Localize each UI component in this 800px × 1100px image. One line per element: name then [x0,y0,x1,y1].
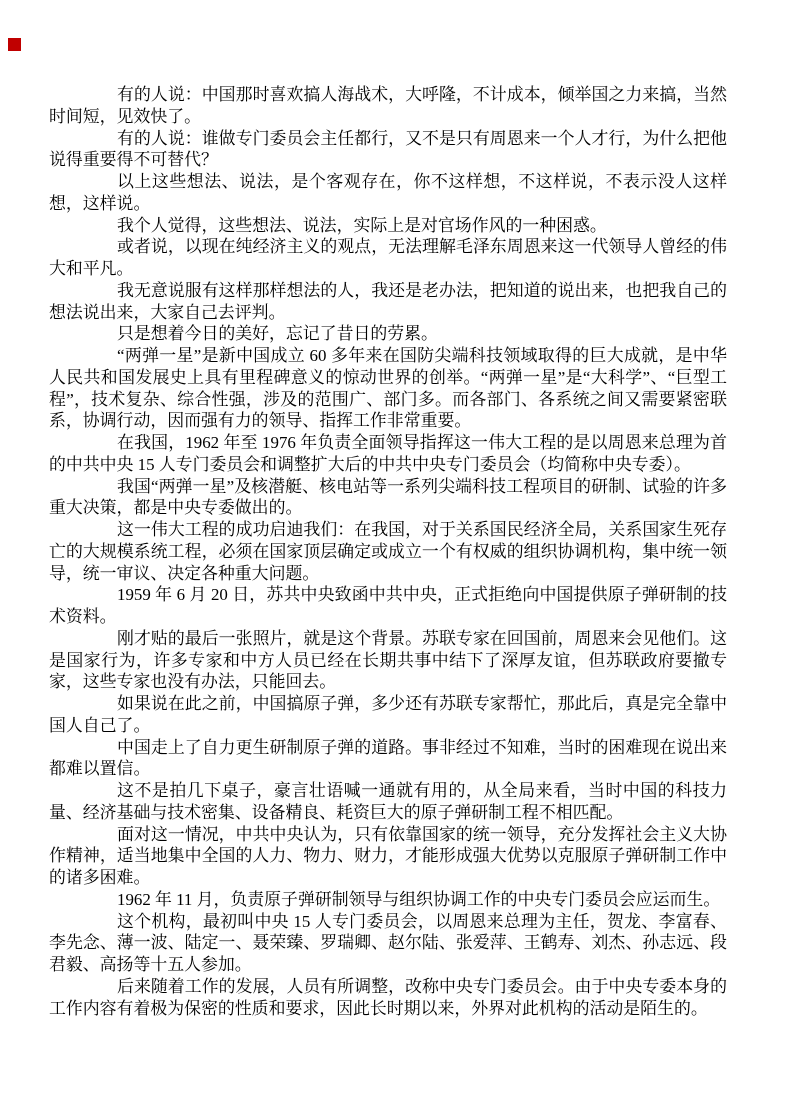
paragraph: 面对这一情况，中共中央认为，只有依靠国家的统一领导，充分发挥社会主义大协作精神，… [49,824,727,889]
paragraph: “两弹一星”是新中国成立 60 多年来在国防尖端科技领域取得的巨大成就，是中华人… [49,345,727,432]
paragraph: 刚才贴的最后一张照片，就是这个背景。苏联专家在回国前，周恩来会见他们。这是国家行… [49,628,727,693]
paragraph: 或者说，以现在纯经济主义的观点，无法理解毛泽东周恩来这一代领导人曾经的伟大和平凡… [49,236,727,280]
document-page: 有的人说：中国那时喜欢搞人海战术，大呼隆，不计成本，倾举国之力来搞，当然时间短，… [0,0,800,1100]
paragraph: 1959 年 6 月 20 日，苏共中央致函中共中央，正式拒绝向中国提供原子弹研… [49,584,727,628]
paragraph: 中国走上了自力更生研制原子弹的道路。事非经过不知难，当时的困难现在说出来都难以置… [49,737,727,781]
paragraph: 这不是拍几下桌子，豪言壮语喊一通就有用的，从全局来看，当时中国的科技力量、经济基… [49,780,727,824]
paragraph: 有的人说：中国那时喜欢搞人海战术，大呼隆，不计成本，倾举国之力来搞，当然时间短，… [49,84,727,128]
paragraph: 只是想着今日的美好，忘记了昔日的劳累。 [49,323,727,345]
red-square-marker [8,38,21,51]
paragraph: 以上这些想法、说法，是个客观存在，你不这样想，不这样说，不表示没人这样想，这样说… [49,171,727,215]
paragraph: 我国“两弹一星”及核潜艇、核电站等一系列尖端科技工程项目的研制、试验的许多重大决… [49,476,727,520]
paragraph: 我个人觉得，这些想法、说法，实际上是对官场作风的一种困惑。 [49,215,727,237]
paragraph: 如果说在此之前，中国搞原子弹，多少还有苏联专家帮忙，那此后，真是完全靠中国人自己… [49,693,727,737]
paragraph: 后来随着工作的发展，人员有所调整，改称中央专门委员会。由于中央专委本身的工作内容… [49,976,727,1020]
paragraph: 这个机构，最初叫中央 15 人专门委员会，以周恩来总理为主任，贺龙、李富春、李先… [49,911,727,976]
paragraph: 有的人说：谁做专门委员会主任都行，又不是只有周恩来一个人才行，为什么把他说得重要… [49,128,727,172]
paragraph: 我无意说服有这样那样想法的人，我还是老办法，把知道的说出来，也把我自己的想法说出… [49,280,727,324]
paragraph: 1962 年 11 月，负责原子弹研制领导与组织协调工作的中央专门委员会应运而生… [49,889,727,911]
paragraph: 在我国，1962 年至 1976 年负责全面领导指挥这一伟大工程的是以周恩来总理… [49,432,727,476]
paragraph: 这一伟大工程的成功启迪我们：在我国，对于关系国民经济全局，关系国家生死存亡的大规… [49,519,727,584]
document-body: 有的人说：中国那时喜欢搞人海战术，大呼隆，不计成本，倾举国之力来搞，当然时间短，… [49,84,727,1019]
